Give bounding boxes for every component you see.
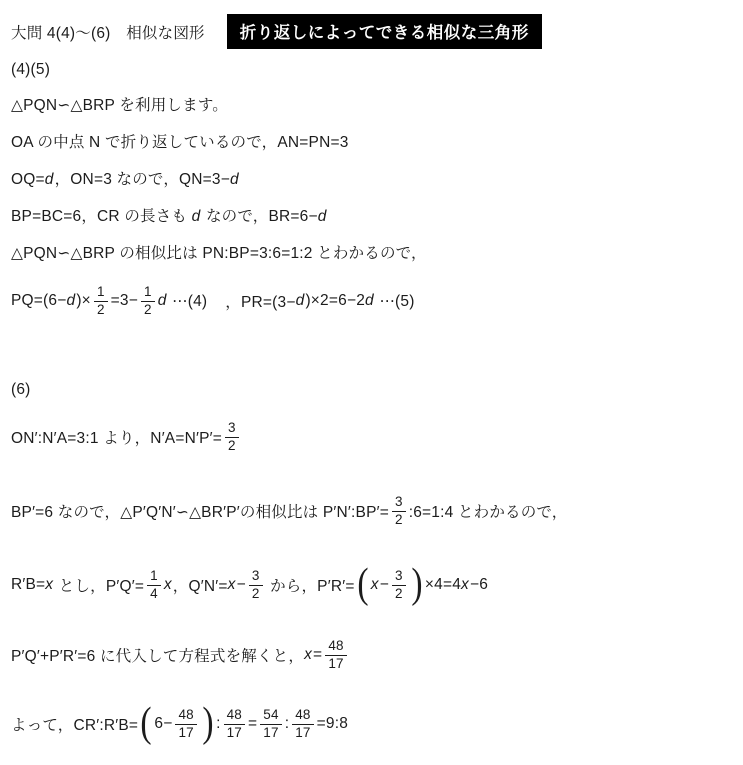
text-run: ，Q′N′= [173,574,228,596]
fraction: 4817 [224,707,245,742]
text-run: なので，BR=6− [201,208,317,225]
heading-line: 大問 4(4)～(6) 相似な図形 折り返しによってできる相似な三角形 [11,14,737,49]
fraction-numerator: 3 [225,420,239,437]
fraction-numerator: 1 [147,568,161,585]
text-run: =3− [111,292,138,310]
text-run: )× [76,292,91,310]
text-run: ，PR=(3− [225,290,295,312]
text-run: − [237,576,246,594]
fraction-numerator: 3 [392,494,406,511]
fraction: 32 [225,420,239,455]
part-6-label: (6) [11,381,737,399]
fraction: 12 [94,284,108,319]
fraction-numerator: 48 [292,707,313,724]
fraction-numerator: 1 [141,284,155,301]
text-run: ⋯(5) [375,292,415,311]
math-variable: x [461,576,470,594]
bp-prime-ratio-line: BP′=6 なので，△P′Q′N′∽△BR′P′の相似比は P′N′:BP′=3… [11,487,737,535]
close-paren: ) [410,565,423,605]
text-run: :6=1:4 とわかるので， [409,500,568,522]
close-paren: ) [201,704,214,744]
text-run: =9:8 [317,715,348,733]
solution-page: 大問 4(4)～(6) 相似な図形 折り返しによってできる相似な三角形 (4)(… [0,0,743,750]
text-run: △PQN∽△BRP を利用します。 [11,97,228,114]
fraction: 32 [392,494,406,529]
text-run: : [216,715,221,733]
text-run: BP=BC=6，CR の長さも [11,208,192,225]
math-variable: x [228,576,237,594]
fraction: 32 [392,568,406,603]
ratio-line: △PQN∽△BRP の相似比は PN:BP=3:6=1:2 とわかるので， [11,241,737,263]
fraction-denominator: 17 [175,724,196,742]
text-run: とし，P′Q′= [54,574,144,596]
fraction: 4817 [292,707,313,742]
math-variable: d [230,171,240,188]
text-run: (4)(5) [11,61,50,78]
fraction: 4817 [325,638,346,673]
fraction-denominator: 2 [94,301,108,319]
text-run: − [380,576,389,594]
fraction-numerator: 48 [224,707,245,724]
fraction-denominator: 2 [141,301,155,319]
substitute-line: P′Q′+P′R′=6 に代入して方程式を解くと，x=4817 [11,631,737,679]
fraction-numerator: 3 [249,568,263,585]
open-paren: ( [140,704,153,744]
fraction-denominator: 2 [392,585,406,603]
fraction-denominator: 17 [260,724,281,742]
fraction-numerator: 3 [392,568,406,585]
x-definition-line: R′B=x とし，P′Q′=14x，Q′N′=x−32 から，P′R′=(x−3… [11,559,737,611]
fraction: 12 [141,284,155,319]
text-run: )×2=6−2 [305,292,365,310]
math-variable: x [164,576,173,594]
fraction: 14 [147,568,161,603]
math-variable: x [371,576,380,594]
br-length-line: BP=BC=6，CR の長さも d なので，BR=6−d [11,204,737,226]
math-variable: d [45,171,55,188]
formula-4-5: PQ=(6−d)×12=3−12d ⋯(4)，PR=(3−d)×2=6−2d ⋯… [11,277,737,325]
open-paren: ( [356,565,369,605]
math-variable: d [318,208,328,225]
fraction: 4817 [175,707,196,742]
text-run: OQ= [11,171,45,188]
conclusion-line: よって，CR′:R′B=(6−4817):4817=5417:4817=9:8 [11,698,737,750]
text-run: 6− [154,715,172,733]
text-run: : [285,715,290,733]
fraction: 32 [249,568,263,603]
text-run: PQ=(6− [11,292,66,310]
fraction: 5417 [260,707,281,742]
fraction-denominator: 17 [325,655,346,673]
text-run: P′Q′+P′R′=6 に代入して方程式を解くと， [11,644,304,666]
fraction-denominator: 2 [392,511,406,529]
qn-length-line: OQ=d，ON=3 なので，QN=3−d [11,167,737,189]
text-run: ，ON=3 なので，QN=3− [55,171,230,188]
text-run: = [313,646,322,664]
math-variable: d [365,292,375,310]
similar-triangles-statement: △PQN∽△BRP を利用します。 [11,93,737,115]
text-run: OA の中点 N で折り返しているので，AN=PN=3 [11,134,349,151]
math-variable: x [304,646,313,664]
fraction-numerator: 54 [260,707,281,724]
text-run: ⋯(4) [168,292,208,311]
math-variable: d [66,292,76,310]
text-run: BP′=6 なので，△P′Q′N′∽△BR′P′の相似比は P′N′:BP′= [11,500,389,522]
fraction-denominator: 17 [224,724,245,742]
text-run: △PQN∽△BRP の相似比は PN:BP=3:6=1:2 とわかるので， [11,245,427,262]
fraction-denominator: 4 [147,585,161,603]
text-run: から，P′R′= [266,574,355,596]
text-run: ×4=4 [425,576,461,594]
math-variable: d [158,292,168,310]
math-variable: d [296,292,306,310]
problem-range-label: (4)(5) [11,61,737,79]
fraction-numerator: 48 [175,707,196,724]
solution-lines: (4)(5)△PQN∽△BRP を利用します。OA の中点 N で折り返している… [11,61,737,750]
page-title: 大問 4(4)～(6) 相似な図形 [11,21,205,43]
fraction-numerator: 48 [325,638,346,655]
math-variable: d [192,208,202,225]
text-run: ON′:N′A=3:1 より，N′A=N′P′= [11,426,222,448]
math-variable: x [45,576,54,594]
text-run: (6) [11,381,31,398]
fraction-numerator: 1 [94,284,108,301]
fraction-denominator: 2 [249,585,263,603]
fraction-denominator: 17 [292,724,313,742]
topic-badge: 折り返しによってできる相似な三角形 [227,14,542,49]
n-prime-ratio-line: ON′:N′A=3:1 より，N′A=N′P′=32 [11,415,737,459]
text-run: R′B= [11,576,45,594]
fold-midpoint-line: OA の中点 N で折り返しているので，AN=PN=3 [11,130,737,152]
text-run: = [248,715,257,733]
fraction-denominator: 2 [225,437,239,455]
text-run: −6 [470,576,488,594]
text-run: よって，CR′:R′B= [11,713,138,735]
